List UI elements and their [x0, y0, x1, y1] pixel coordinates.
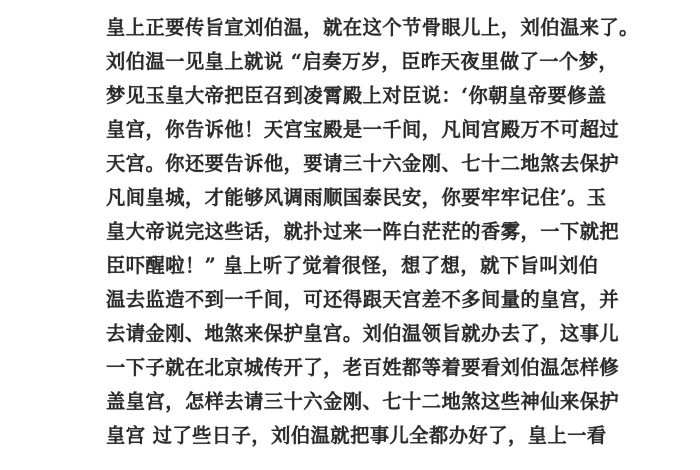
document-page: 皇上正要传旨宣刘伯温，就在这个节骨眼儿上，刘伯温来了。 刘伯温一见皇上就说 “启… [106, 11, 596, 453]
text-line: 皇宫，你告诉他！天宫宝殿是一千间，凡间宫殿万不可超过 [106, 113, 596, 147]
text-line: 皇上正要传旨宣刘伯温，就在这个节骨眼儿上，刘伯温来了。 [106, 11, 596, 45]
text-line: 凡间皇城，才能够风调雨顺国泰民安，你要牢牢记住’。玉 [106, 181, 596, 215]
text-line: 皇宫 过了些日子，刘伯温就把事儿全都办好了，皇上一看 [106, 419, 596, 453]
text-line: 刘伯温一见皇上就说 “启奏万岁，臣昨天夜里做了一个梦， [106, 45, 596, 79]
text-line: 去请金刚、地煞来保护皇宫。刘伯温领旨就办去了，这事儿 [106, 317, 596, 351]
text-line: 温去监造不到一千间，可还得跟天宫差不多间量的皇宫，并 [106, 283, 596, 317]
text-line: 皇大帝说完这些话，就扑过来一阵白茫茫的香雾，一下就把 [106, 215, 596, 249]
text-line: 臣吓醒啦！” 皇上听了觉着很怪，想了想，就下旨叫刘伯 [106, 249, 596, 283]
text-line: 一下子就在北京城传开了，老百姓都等着要看刘伯温怎样修 [106, 351, 596, 385]
text-line: 天宫。你还要告诉他，要请三十六金刚、七十二地煞去保护 [106, 147, 596, 181]
text-line: 盖皇宫，怎样去请三十六金刚、七十二地煞这些神仙来保护 [106, 385, 596, 419]
text-line: 梦见玉皇大帝把臣召到凌霄殿上对臣说：‘你朝皇帝要修盖 [106, 79, 596, 113]
